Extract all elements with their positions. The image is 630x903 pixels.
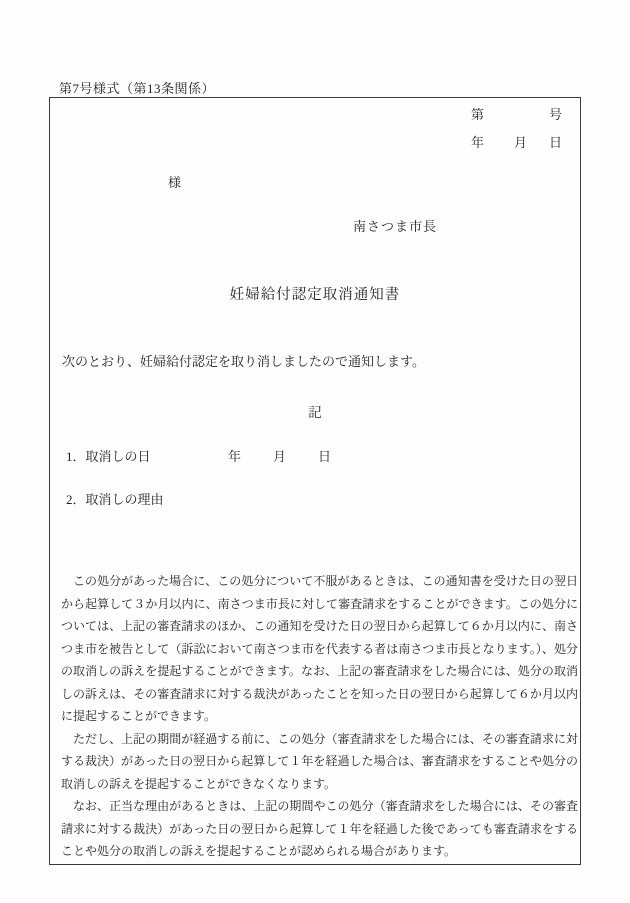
doc-number-suffix: 号	[549, 104, 562, 123]
issue-date-year-label: 年	[471, 132, 484, 151]
appeal-rights-notice: この処分があった場合に、この処分について不服があるときは、この通知書を受けた日の…	[61, 570, 578, 863]
appeal-paragraph-2: ただし、上記の期間が経過する前に、この処分（審査請求をした場合には、その審査請求…	[61, 728, 578, 796]
sender-name: 南さつま市長	[353, 216, 437, 235]
document-border-box: 第 号 年 月 日 様 南さつま市長 妊婦給付認定取消通知書 次のとおり、妊婦給…	[49, 97, 581, 865]
addressee-honorific: 様	[168, 172, 181, 191]
intro-sentence: 次のとおり、妊婦給付認定を取り消しましたので通知します。	[62, 351, 425, 370]
form-number-label: 第7号様式（第13条関係）	[59, 78, 215, 97]
document-title: 妊婦給付認定取消通知書	[50, 283, 580, 304]
cancellation-date-month-label: 月	[273, 446, 286, 465]
document-page: 第7号様式（第13条関係） 第 号 年 月 日 様 南さつま市長 妊婦給付認定取…	[0, 0, 630, 903]
cancellation-date-year-label: 年	[228, 446, 241, 465]
issue-date-month-label: 月	[514, 132, 527, 151]
doc-number-prefix: 第	[471, 104, 484, 123]
appeal-paragraph-1: この処分があった場合に、この処分について不服があるときは、この通知書を受けた日の…	[61, 570, 578, 728]
appeal-paragraph-3: なお、正当な理由があるときは、上記の期間やこの処分（審査請求をした場合には、その…	[61, 795, 578, 863]
cancellation-date-day-label: 日	[318, 446, 331, 465]
ki-separator: 記	[50, 401, 580, 421]
item-cancellation-reason-label: 2．取消しの理由	[66, 489, 164, 508]
item-cancellation-date-label: 1．取消しの日	[66, 446, 151, 465]
issue-date-day-label: 日	[549, 132, 562, 151]
